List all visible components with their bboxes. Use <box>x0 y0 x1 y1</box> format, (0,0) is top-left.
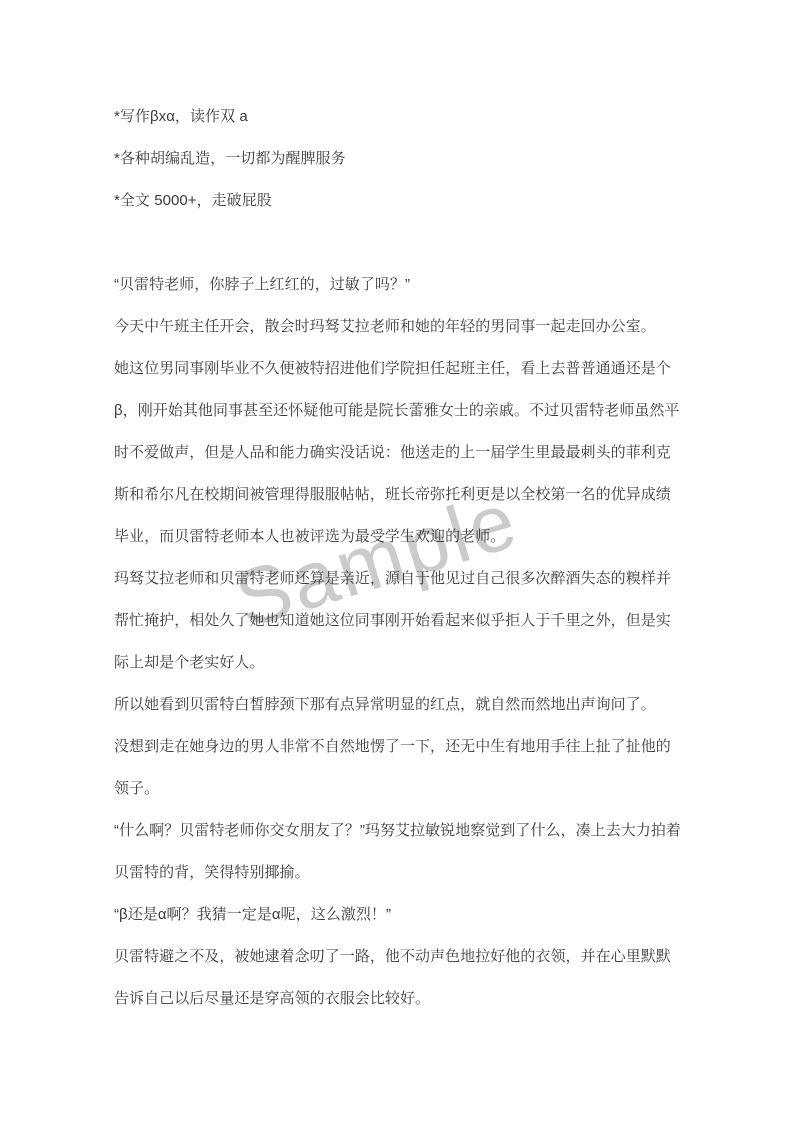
text-line: 帮忙掩护，相处久了她也知道她这位同事刚开始看起来似乎拒人于千里之外，但是实 <box>114 600 714 642</box>
text-line: 没想到走在她身边的男人非常不自然地愣了一下，还无中生有地用手往上扯了扯他的 <box>114 726 714 768</box>
document-page: Sample *写作βxα，读作双 a*各种胡编乱造，一切都为醒脾服务*全文 5… <box>0 0 794 1123</box>
text-line: 斯和希尔凡在校期间被管理得服服帖帖，班长帝弥托利更是以全校第一名的优异成绩 <box>114 474 714 516</box>
text-line: 告诉自己以后尽量还是穿高领的衣服会比较好。 <box>114 978 714 1020</box>
text-line: *各种胡编乱造，一切都为醒脾服务 <box>114 138 714 180</box>
text-line: *全文 5000+，走破屁股 <box>114 180 714 222</box>
text-line: 所以她看到贝雷特白皙脖颈下那有点异常明显的红点，就自然而然地出声询问了。 <box>114 684 714 726</box>
text-line: β，刚开始其他同事甚至还怀疑他可能是院长蕾雅女士的亲戚。不过贝雷特老师虽然平 <box>114 390 714 432</box>
text-line: 今天中午班主任开会，散会时玛驽艾拉老师和她的年轻的男同事一起走回办公室。 <box>114 306 714 348</box>
text-line: *写作βxα，读作双 a <box>114 96 714 138</box>
blank-line <box>114 222 714 264</box>
text-line: 贝雷特避之不及，被她逮着念叨了一路，他不动声色地拉好他的衣领，并在心里默默 <box>114 936 714 978</box>
text-line: “β还是α啊？我猜一定是α呢，这么激烈！” <box>114 894 714 936</box>
text-line: 毕业，而贝雷特老师本人也被评选为最受学生欢迎的老师。 <box>114 516 714 558</box>
text-line: “什么啊？贝雷特老师你交女朋友了？”玛努艾拉敏锐地察觉到了什么，凑上去大力拍着 <box>114 810 714 852</box>
text-line: 玛驽艾拉老师和贝雷特老师还算是亲近，源自于他见过自己很多次醉酒失态的糗样并 <box>114 558 714 600</box>
document-body: *写作βxα，读作双 a*各种胡编乱造，一切都为醒脾服务*全文 5000+，走破… <box>114 96 714 1020</box>
text-line: 贝雷特的背，笑得特别揶揄。 <box>114 852 714 894</box>
text-line: 时不爱做声，但是人品和能力确实没话说：他送走的上一届学生里最最刺头的菲利克 <box>114 432 714 474</box>
text-line: 际上却是个老实好人。 <box>114 642 714 684</box>
text-line: “贝雷特老师，你脖子上红红的，过敏了吗？” <box>114 264 714 306</box>
text-line: 她这位男同事刚毕业不久便被特招进他们学院担任起班主任，看上去普普通通还是个 <box>114 348 714 390</box>
text-line: 领子。 <box>114 768 714 810</box>
